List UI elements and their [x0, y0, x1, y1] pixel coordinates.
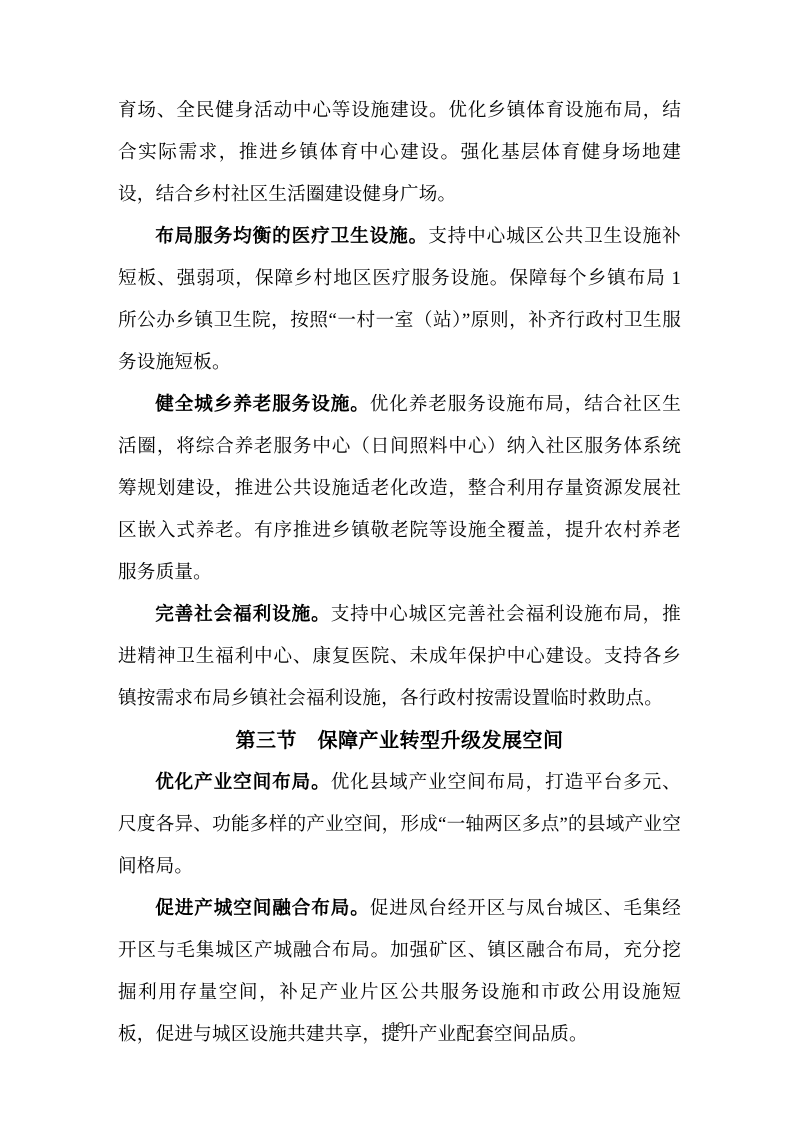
- page-footer: 19: [0, 1018, 794, 1036]
- paragraph: 优化产业空间布局。优化县域产业空间布局，打造平台多元、尺度各异、功能多样的产业空…: [118, 762, 681, 888]
- paragraph-text: 育场、全民健身活动中心等设施建设。优化乡镇体育设施布局，结合实际需求，推进乡镇体…: [118, 100, 681, 205]
- paragraph-lead: 促进产城空间融合布局。: [155, 898, 370, 919]
- paragraph: 完善社会福利设施。支持中心城区完善社会福利设施布局，推进精神卫生福利中心、康复医…: [118, 594, 681, 720]
- paragraph-text: 优化养老服务设施布局，结合社区生活圈，将综合养老服务中心（日间照料中心）纳入社区…: [118, 394, 681, 583]
- paragraph-lead: 优化产业空间布局。: [155, 772, 331, 793]
- paragraph: 布局服务均衡的医疗卫生设施。支持中心城区公共卫生设施补短板、强弱项，保障乡村地区…: [118, 216, 681, 384]
- paragraph-lead: 健全城乡养老服务设施。: [155, 394, 370, 415]
- paragraph: 育场、全民健身活动中心等设施建设。优化乡镇体育设施布局，结合实际需求，推进乡镇体…: [118, 90, 681, 216]
- paragraph-lead: 布局服务均衡的医疗卫生设施。: [155, 226, 428, 247]
- document-body: 育场、全民健身活动中心等设施建设。优化乡镇体育设施布局，结合实际需求，推进乡镇体…: [118, 90, 681, 1056]
- paragraph-text: 支持中心城区公共卫生设施补短板、强弱项，保障乡村地区医疗服务设施。保障每个乡镇布…: [118, 226, 681, 373]
- page-number: 19: [390, 1019, 404, 1034]
- paragraph: 健全城乡养老服务设施。优化养老服务设施布局，结合社区生活圈，将综合养老服务中心（…: [118, 384, 681, 594]
- section-heading: 第三节 保障产业转型升级发展空间: [118, 720, 681, 762]
- document-page: 育场、全民健身活动中心等设施建设。优化乡镇体育设施布局，结合实际需求，推进乡镇体…: [0, 0, 794, 1122]
- paragraph-lead: 完善社会福利设施。: [155, 604, 331, 625]
